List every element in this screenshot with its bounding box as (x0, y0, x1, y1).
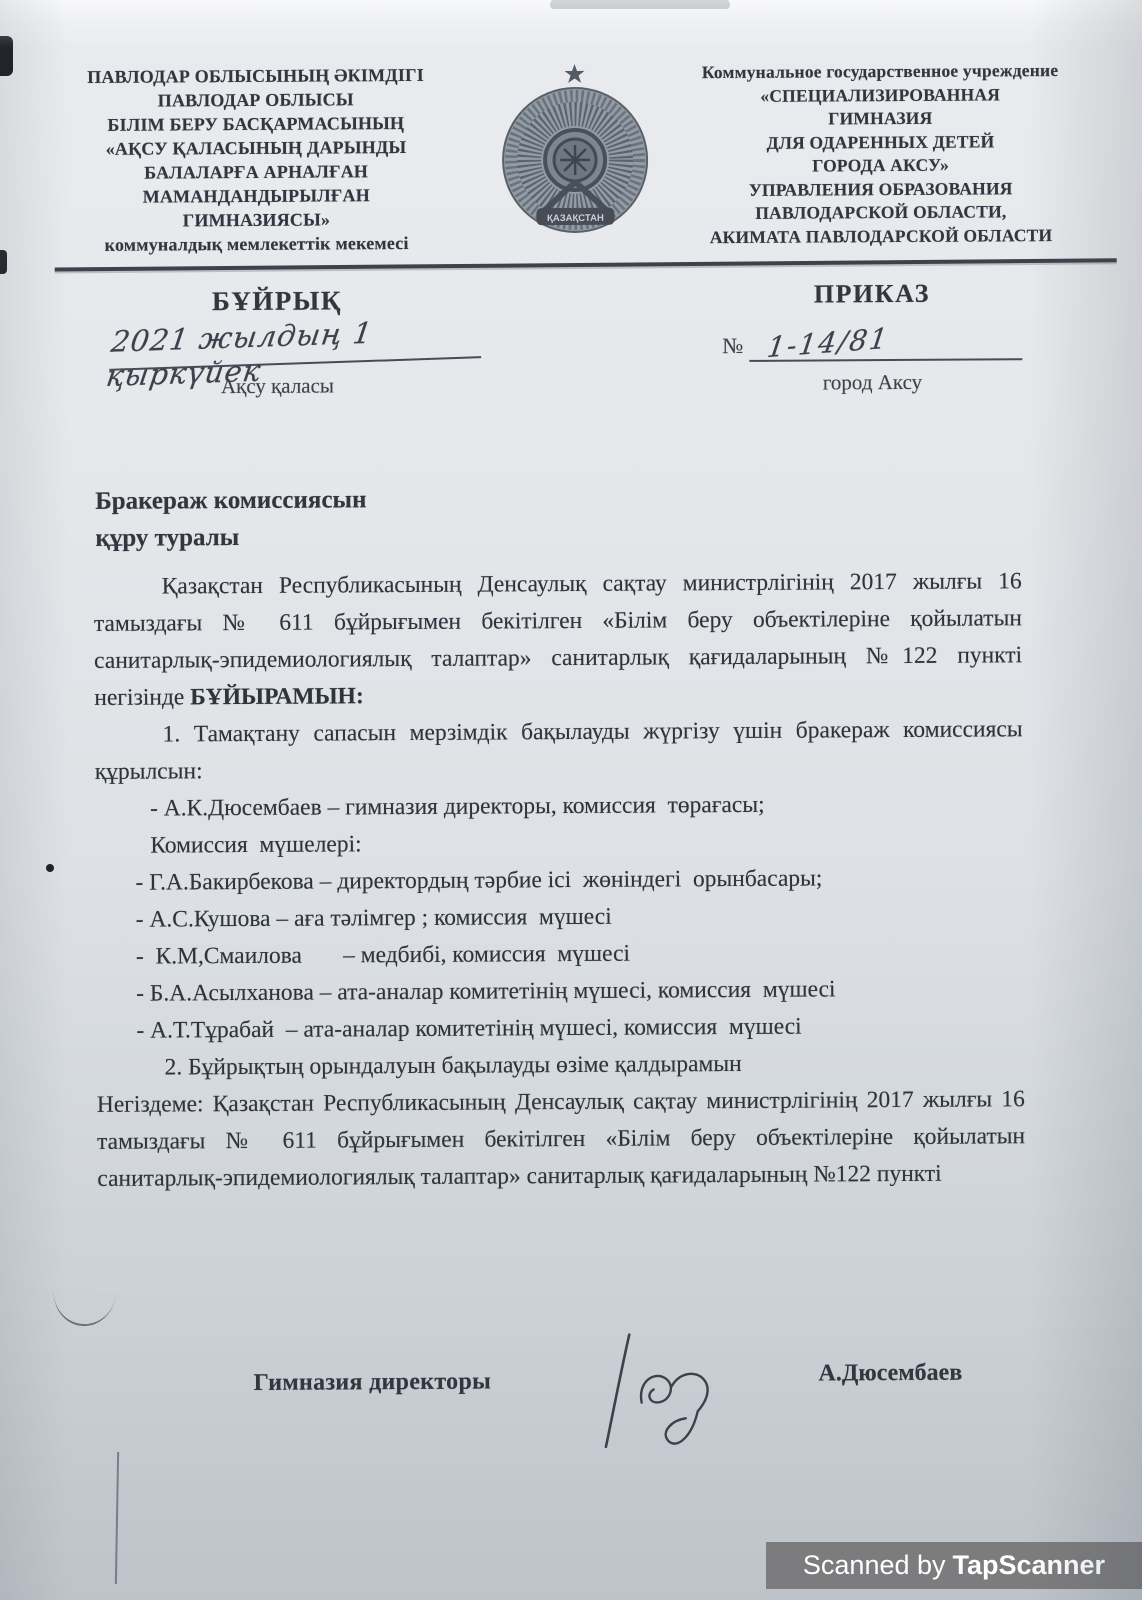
order-number-blank: 1-14/81 (749, 327, 1022, 362)
signatory-role-label: Гимназия директоры (253, 1368, 491, 1396)
org-name-kazakh: ПАВЛОДАР ОБЛЫСЫНЫҢ ӘКІМДІГІ ПАВЛОДАР ОБЛ… (56, 63, 457, 257)
kazakhstan-state-emblem-icon: ҚАЗАҚСТАН (489, 61, 660, 242)
members-heading: Комиссия мүшелері: (95, 822, 1023, 865)
item-2-line: 2. Бұйрықтың орындалуын бақылауды өзіме … (97, 1044, 1025, 1087)
member-line-3: - К.М,Смаилова – медбибі, комиссия мүшес… (96, 933, 1024, 976)
tapscanner-watermark: Scanned byTapScanner (766, 1542, 1142, 1589)
order-verb-bold: БҰЙЫРАМЫН: (190, 683, 364, 710)
order-title-russian: ПРИКАЗ (752, 278, 992, 309)
member-line-5: - А.Т.Тұрабай – ата-аналар комитетінің м… (96, 1007, 1024, 1050)
scan-artifact-ink-dot (46, 864, 54, 872)
director-signature-scribble (573, 1324, 754, 1465)
scanned-document-page: ПАВЛОДАР ОБЛЫСЫНЫҢ ӘКІМДІГІ ПАВЛОДАР ОБЛ… (0, 0, 1142, 1600)
watermark-brand: TapScanner (953, 1550, 1106, 1581)
member-line-2: - А.С.Кушова – аға тәлімгер ; комиссия м… (96, 896, 1024, 939)
signatory-name: А.Дюсембаев (818, 1360, 962, 1388)
org-name-russian: Коммунальное государственное учреждение … (647, 59, 1113, 250)
emblem-banner-label: ҚАЗАҚСТАН (547, 213, 604, 224)
header-divider-rule (55, 258, 1117, 271)
document-content: ПАВЛОДАР ОБЛЫСЫНЫҢ ӘКІМДІГІ ПАВЛОДАР ОБЛ… (0, 0, 1142, 1600)
scan-artifact-left-edge-dash (0, 250, 7, 274)
handwritten-order-number: 1-14/81 (765, 324, 891, 364)
member-line-4: - Б.А.Асылханова – ата-аналар комитетіні… (96, 970, 1024, 1013)
order-city-kazakh: Ақсу қаласы (127, 373, 427, 400)
commission-chair-line: - А.К.Дюсембаев – гимназия директоры, ко… (95, 785, 1023, 828)
watermark-prefix: Scanned by (803, 1550, 946, 1581)
order-body: Қазақстан Республикасының Денсаулық сақт… (94, 563, 1026, 1198)
preamble-paragraph: Қазақстан Республикасының Денсаулық сақт… (94, 563, 1023, 717)
order-subject: Бракераж комиссиясын құру туралы (95, 480, 595, 557)
order-number-row: №1-14/81 (722, 327, 1022, 362)
order-title-kazakh: БҰЙРЫҚ (127, 285, 427, 318)
order-city-russian: город Аксу (762, 369, 982, 395)
number-sign-label: № (722, 333, 743, 358)
basis-paragraph: Негіздеме: Қазақстан Республикасының Ден… (97, 1081, 1026, 1198)
item-1-paragraph: 1. Тамақтану сапасын мерзімдік бақылауды… (94, 711, 1022, 791)
order-date-handwritten: 2021 жылдың 1 қыркүйек (108, 312, 481, 371)
member-line-1: - Г.А.Бакирбекова – директордың тәрбие і… (95, 859, 1023, 902)
scan-artifact-left-edge-mark (0, 36, 13, 76)
